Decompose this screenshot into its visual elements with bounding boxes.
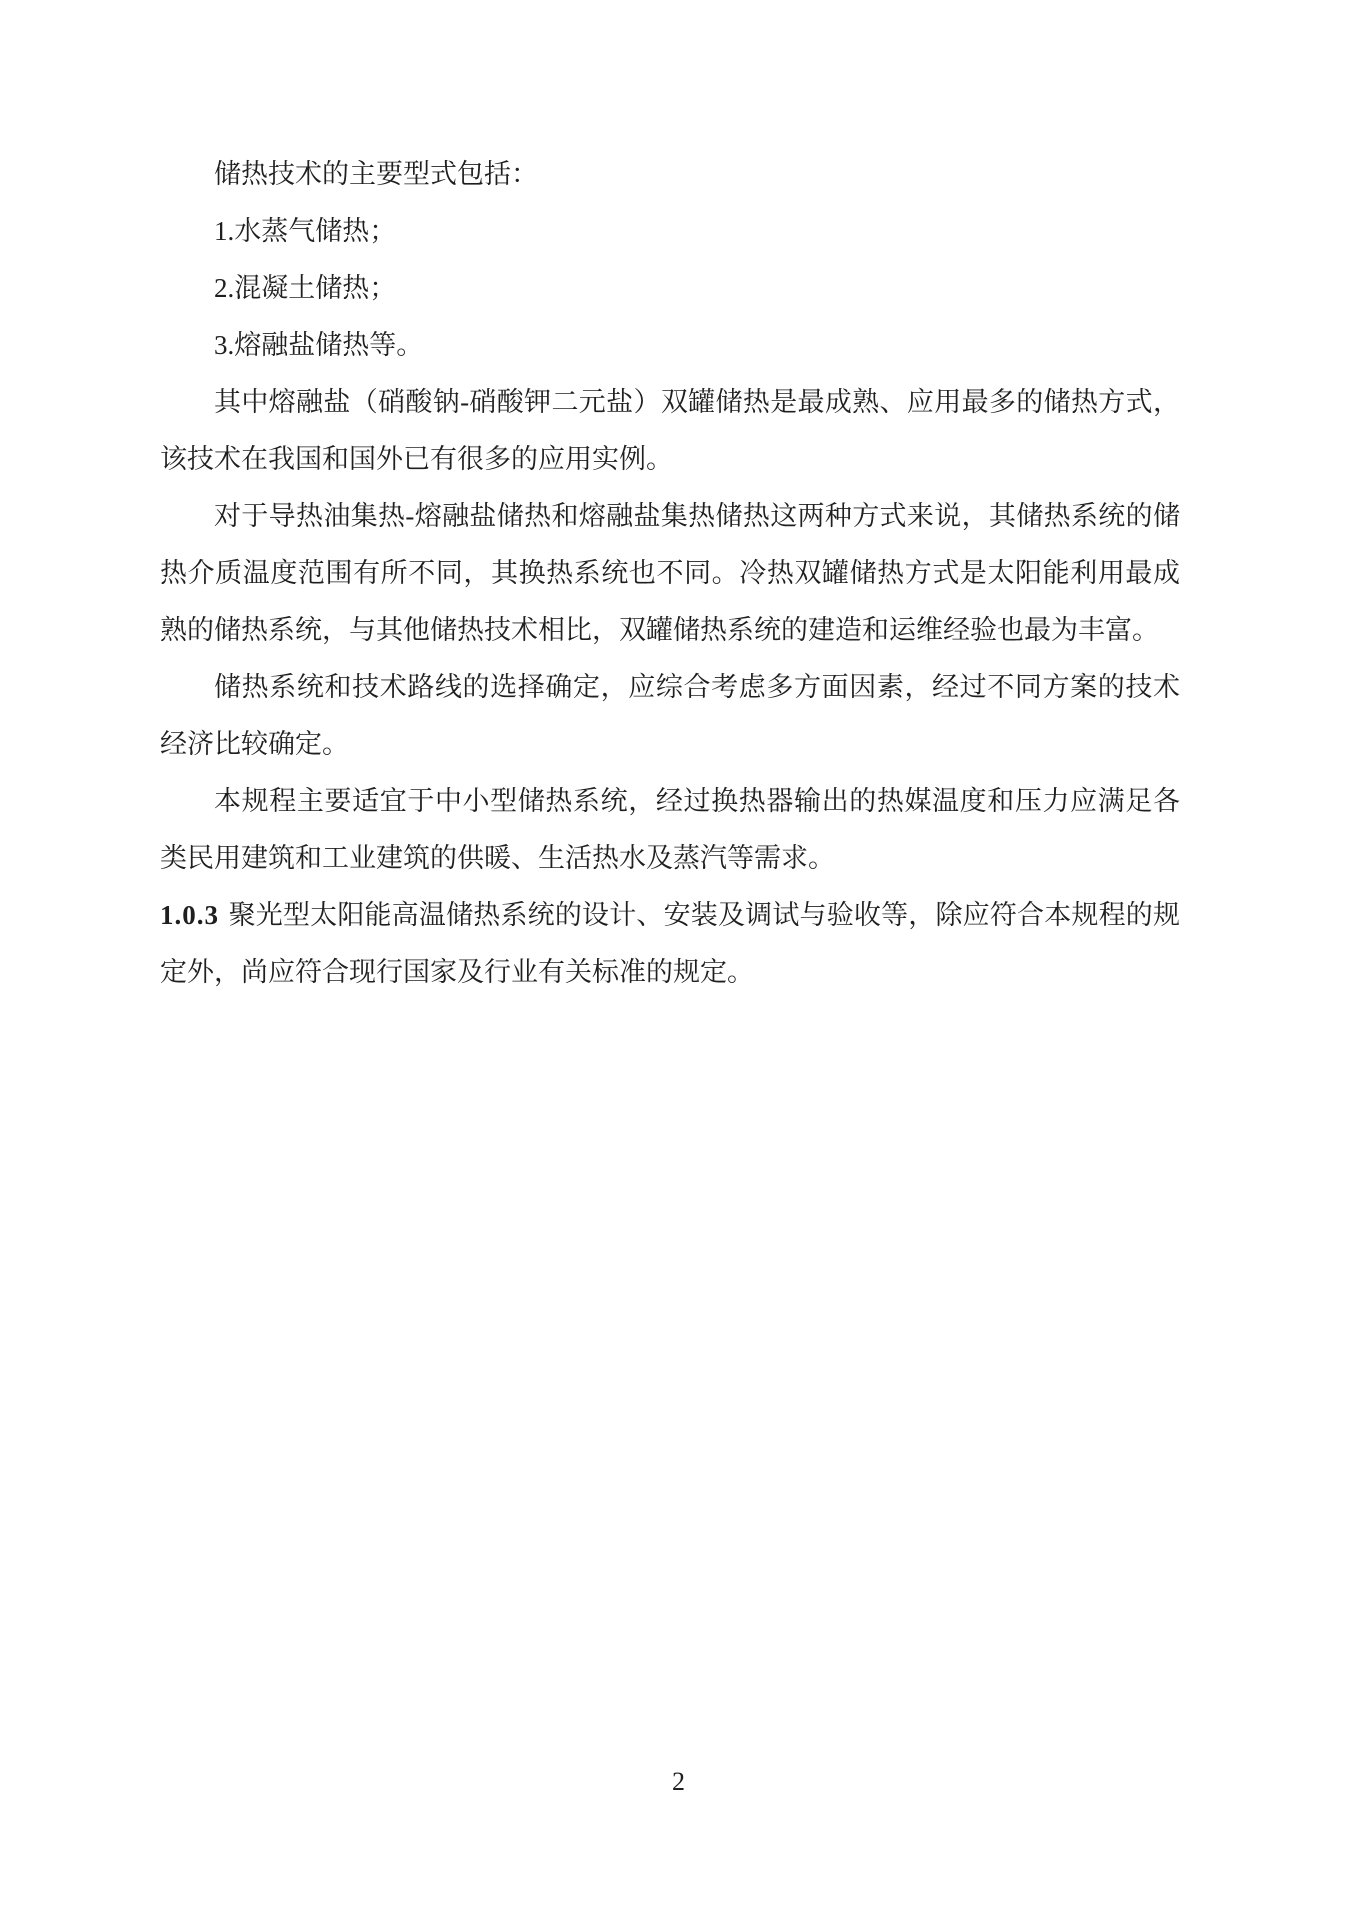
paragraph-scope: 本规程主要适宜于中小型储热系统，经过换热器输出的热媒温度和压力应满足各类民用建筑… — [160, 773, 1180, 887]
text-line: 2.混凝土储热； — [160, 260, 1180, 317]
text-line: 热介质温度范围有所不同，其换热系统也不同。冷热双罐储热方式是太阳能利用最成 — [160, 545, 1180, 602]
text-line: 定外，尚应符合现行国家及行业有关标准的规定。 — [160, 944, 1180, 1001]
paragraph-molten-salt: 其中熔融盐（硝酸钠-硝酸钾二元盐）双罐储热是最成熟、应用最多的储热方式，该技术在… — [160, 374, 1180, 488]
text-line: 经济比较确定。 — [160, 716, 1180, 773]
page-number: 2 — [0, 1766, 1357, 1798]
paragraph-intro: 储热技术的主要型式包括： — [160, 146, 1180, 203]
list-item-3: 3.熔融盐储热等。 — [160, 317, 1180, 374]
paragraph-two-methods: 对于导热油集热-熔融盐储热和熔融盐集热储热这两种方式来说，其储热系统的储热介质温… — [160, 488, 1180, 659]
text-line: 储热系统和技术路线的选择确定，应综合考虑多方面因素，经过不同方案的技术 — [160, 659, 1180, 716]
text-line: 1.水蒸气储热； — [160, 203, 1180, 260]
text-line: 熟的储热系统，与其他储热技术相比，双罐储热系统的建造和运维经验也最为丰富。 — [160, 602, 1180, 659]
text-line: 该技术在我国和国外已有很多的应用实例。 — [160, 431, 1180, 488]
list-item-1: 1.水蒸气储热； — [160, 203, 1180, 260]
clause-number: 1.0.3 — [160, 900, 219, 930]
text-line: 1.0.3聚光型太阳能高温储热系统的设计、安装及调试与验收等，除应符合本规程的规 — [160, 887, 1180, 944]
document-page: 储热技术的主要型式包括：1.水蒸气储热；2.混凝土储热；3.熔融盐储热等。其中熔… — [0, 0, 1357, 1920]
text-line: 其中熔融盐（硝酸钠-硝酸钾二元盐）双罐储热是最成熟、应用最多的储热方式， — [160, 374, 1180, 431]
text-line: 类民用建筑和工业建筑的供暖、生活热水及蒸汽等需求。 — [160, 830, 1180, 887]
text-line: 本规程主要适宜于中小型储热系统，经过换热器输出的热媒温度和压力应满足各 — [160, 773, 1180, 830]
clause-text: 聚光型太阳能高温储热系统的设计、安装及调试与验收等，除应符合本规程的规 — [228, 900, 1180, 930]
list-item-2: 2.混凝土储热； — [160, 260, 1180, 317]
document-body: 储热技术的主要型式包括：1.水蒸气储热；2.混凝土储热；3.熔融盐储热等。其中熔… — [160, 146, 1180, 1001]
clause-1-0-3: 1.0.3聚光型太阳能高温储热系统的设计、安装及调试与验收等，除应符合本规程的规… — [160, 887, 1180, 1001]
text-line: 3.熔融盐储热等。 — [160, 317, 1180, 374]
paragraph-selection: 储热系统和技术路线的选择确定，应综合考虑多方面因素，经过不同方案的技术经济比较确… — [160, 659, 1180, 773]
text-line: 对于导热油集热-熔融盐储热和熔融盐集热储热这两种方式来说，其储热系统的储 — [160, 488, 1180, 545]
text-line: 储热技术的主要型式包括： — [160, 146, 1180, 203]
